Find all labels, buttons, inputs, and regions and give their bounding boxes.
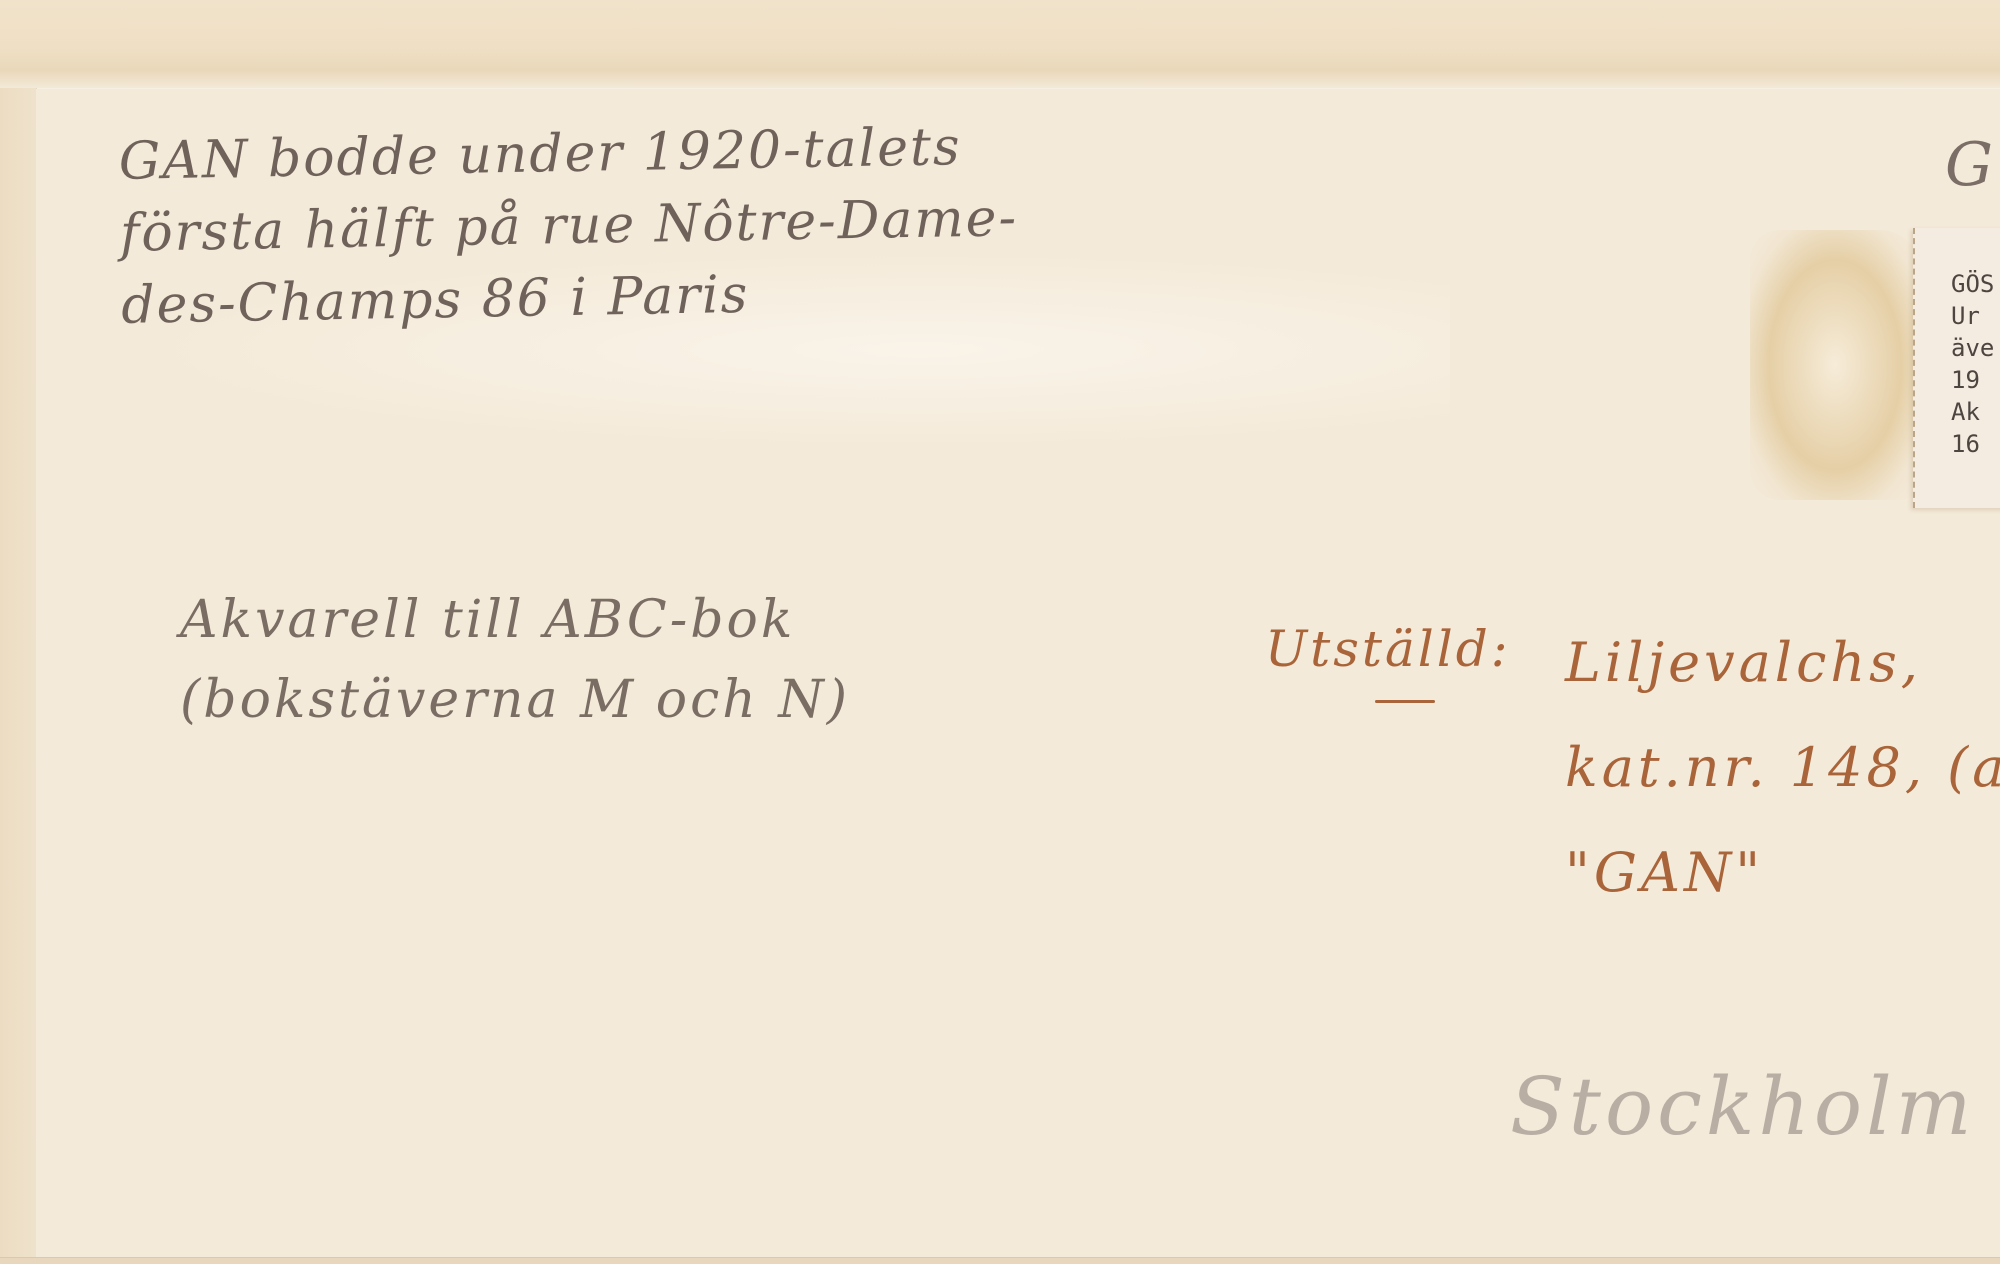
place-inscription: Stockholm <box>1510 1060 1976 1153</box>
frame-bottom-edge <box>0 1257 2000 1264</box>
exhibition-label: Utställd: <box>1265 620 1511 678</box>
adhesive-stain <box>1750 230 1920 500</box>
typed-label-text: GÖS Ur äve 19 Ak 16 <box>1951 268 1994 460</box>
exhibition-details: Liljevalchs, kat.nr. 148, (a "GAN" <box>1565 610 2000 925</box>
frame-left-edge <box>0 88 37 1264</box>
frame-top-edge <box>0 0 2000 89</box>
residence-note: GAN bodde under 1920-talets första hälft… <box>118 110 1020 342</box>
artwork-description-note: Akvarell till ABC-bok (bokstäverna M och… <box>180 580 850 740</box>
corner-initial-mark: G <box>1945 130 1993 200</box>
exhibition-label-underline <box>1375 700 1435 703</box>
